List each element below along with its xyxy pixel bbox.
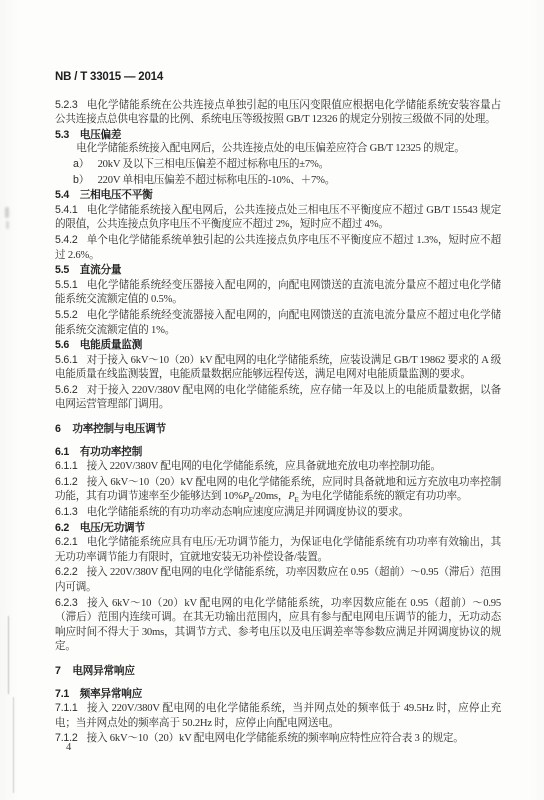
- section-heading-5-5: 5.5直流分量: [55, 263, 501, 278]
- clause-5-4-1: 5.4.1电化学储能系统接入配电网后，公共连接点处三相电压不平衡度应不超过 GB…: [55, 203, 501, 233]
- clause-5-4-2: 5.4.2单个电化学储能系统单独引起的公共连接点负序电压不平衡度应不超过 1.3…: [55, 233, 501, 263]
- clause-text: 电化学储能系统的有功功率动态响应速度应满足并网调度协议的要求。: [87, 507, 409, 518]
- clause-5-5-2: 5.5.2电化学储能系统经变流器接入配电网的，向配电网馈送的直流电流分量应不超过…: [55, 308, 501, 338]
- section-title: 直流分量: [80, 264, 122, 276]
- clause-text: 接入 220V/380V 配电网的电化学储能系统，当并网点处的频率低于 49.5…: [55, 703, 501, 729]
- section-number: 7.1: [55, 688, 69, 700]
- clause-6-2-1: 6.2.1电化学储能系统应具有电压/无功调节能力，为保证电化学储能系统有功功率有…: [55, 535, 501, 565]
- scan-line-artifact: [13, 697, 14, 793]
- clause-number: 5.2.3: [55, 99, 78, 111]
- clause-text: 电化学储能系统接入配电网后，公共连接点处三相电压不平衡度应不超过 GB/T 15…: [55, 205, 501, 231]
- clause-text: 单个电化学储能系统单独引起的公共连接点负序电压不平衡度应不超过 1.3%，短时应…: [55, 235, 501, 261]
- section-number: 5.6: [55, 339, 69, 351]
- clause-6-1-1: 6.1.1接入 220V/380V 配电网的电化学储能系统，应具备就地充放电功率…: [55, 459, 501, 475]
- clause-text: 电化学储能系统应具有电压/无功调节能力，为保证电化学储能系统有功功率有效输出，其…: [55, 537, 501, 563]
- clause-text: 为电化学储能系统的额定有功功率。: [299, 491, 468, 502]
- chapter-heading-7: 7电网异常响应: [55, 664, 501, 679]
- list-item-b: b）220V 单相电压偏差不超过标称电压的-10%、＋7%。: [55, 173, 501, 189]
- list-marker: a）: [73, 158, 89, 170]
- section-number: 5.4: [55, 189, 69, 201]
- section-title: 电能质量监测: [80, 339, 142, 351]
- clause-number: 6.2.2: [55, 566, 78, 578]
- clause-7-1-1: 7.1.1接入 220V/380V 配电网的电化学储能系统，当并网点处的频率低于…: [55, 701, 501, 731]
- clause-text: 接入 220V/380V 配电网的电化学储能系统，应具备就地充放电功率控制功能。: [87, 461, 441, 472]
- clause-number: 5.6.2: [55, 384, 78, 396]
- clause-text: 对于接入 6kV～10（20）kV 配电网的电化学储能系统，应装设满足 GB/T…: [55, 355, 501, 381]
- clause-5-6-1: 5.6.1对于接入 6kV～10（20）kV 配电网的电化学储能系统，应装设满足…: [55, 353, 501, 383]
- clause-text: 电化学储能系统接入配电网后，公共连接点处的电压偏差应符合 GB/T 12325 …: [76, 143, 465, 154]
- clause-text: 电化学储能系统经变压器接入配电网的，向配电网馈送的直流电流分量应不超过电化学储能…: [55, 280, 501, 306]
- clause-number: 6.2.3: [55, 597, 78, 609]
- section-title: 有功功率控制: [80, 446, 142, 458]
- scan-line-artifact: [8, 616, 9, 694]
- clause-5-5-1: 5.5.1电化学储能系统经变压器接入配电网的，向配电网馈送的直流电流分量应不超过…: [55, 278, 501, 308]
- document-body: NB / T 33015 — 2014 5.2.3电化学储能系统在公共连接点单独…: [55, 70, 501, 747]
- scan-smudge-artifact: [6, 221, 9, 229]
- clause-text: /20ms，: [253, 491, 288, 502]
- clause-6-1-3: 6.1.3电化学储能系统的有功功率动态响应速度应满足并网调度协议的要求。: [55, 505, 501, 521]
- section-heading-5-3: 5.3电压偏差: [55, 128, 501, 143]
- section-number: 6.1: [55, 446, 69, 458]
- clause-number: 5.6.1: [55, 354, 78, 366]
- clause-number: 5.4.2: [55, 234, 78, 246]
- section-title: 电压偏差: [80, 129, 122, 141]
- section-heading-6-1: 6.1有功功率控制: [55, 445, 501, 460]
- section-heading-5-4: 5.4三相电压不平衡: [55, 188, 501, 203]
- clause-number: 6.1.2: [55, 476, 78, 488]
- section-number: 5.3: [55, 129, 69, 141]
- clause-number: 5.5.1: [55, 279, 78, 291]
- page-number: 4: [66, 742, 71, 753]
- list-item-a: a）20kV 及以下三相电压偏差不超过标称电压的±7%。: [55, 157, 501, 173]
- clause-number: 6.1.3: [55, 506, 78, 518]
- list-text: 20kV 及以下三相电压偏差不超过标称电压的±7%。: [98, 159, 329, 170]
- clause-6-2-3: 6.2.3接入 6kV～10（20）kV 配电网的电化学储能系统，功率因数应能在…: [55, 596, 501, 655]
- clause-5-2-3: 5.2.3电化学储能系统在公共连接点单独引起的电压闪变限值应根据电化学储能系统安…: [55, 98, 501, 128]
- clause-text: 接入 6kV～10（20）kV 配电网的电化学储能系统，功率因数应能在 0.95…: [55, 598, 501, 653]
- section-heading-7-1: 7.1频率异常响应: [55, 687, 501, 702]
- clause-number: 5.5.2: [55, 309, 78, 321]
- section-title: 频率异常响应: [80, 688, 142, 700]
- chapter-heading-6: 6功率控制与电压调节: [55, 422, 501, 437]
- paragraph-5-3: 电化学储能系统接入配电网后，公共连接点处的电压偏差应符合 GB/T 12325 …: [55, 142, 501, 157]
- clause-text: 接入 6kV～10（20）kV 配电网电化学储能系统的频率响应特性应符合表 3 …: [87, 733, 464, 744]
- chapter-title: 功率控制与电压调节: [72, 423, 166, 435]
- section-title: 电压/无功调节: [80, 522, 145, 534]
- chapter-number: 7: [55, 665, 61, 677]
- section-number: 6.2: [55, 522, 69, 534]
- clause-number: 6.1.1: [55, 460, 78, 472]
- chapter-number: 6: [55, 423, 61, 435]
- section-heading-6-2: 6.2电压/无功调节: [55, 521, 501, 536]
- clause-5-6-2: 5.6.2对于接入 220V/380V 配电网的电化学储能系统，应存储一年及以上…: [55, 383, 501, 413]
- section-title: 三相电压不平衡: [80, 189, 153, 201]
- clause-text: 电化学储能系统经变流器接入配电网的，向配电网馈送的直流电流分量应不超过电化学储能…: [55, 310, 501, 336]
- list-text: 220V 单相电压偏差不超过标称电压的-10%、＋7%。: [98, 175, 336, 186]
- document-code-header: NB / T 33015 — 2014: [55, 70, 501, 85]
- clause-6-2-2: 6.2.2接入 220V/380V 配电网的电化学储能系统，功率因数应在 0.9…: [55, 565, 501, 595]
- clause-number: 6.2.1: [55, 536, 78, 548]
- chapter-title: 电网异常响应: [72, 665, 134, 677]
- clause-text: 接入 220V/380V 配电网的电化学储能系统，功率因数应在 0.95（超前）…: [55, 567, 501, 593]
- clause-text: 电化学储能系统在公共连接点单独引起的电压闪变限值应根据电化学储能系统安装容量占公…: [55, 100, 501, 126]
- clause-7-1-2: 7.1.2接入 6kV～10（20）kV 配电网电化学储能系统的频率响应特性应符…: [55, 731, 501, 747]
- scan-smudge-artifact: [5, 207, 9, 218]
- section-heading-5-6: 5.6电能质量监测: [55, 338, 501, 353]
- list-marker: b）: [73, 174, 89, 186]
- scanned-document-page: NB / T 33015 — 2014 5.2.3电化学储能系统在公共连接点单独…: [0, 0, 544, 800]
- clause-number: 5.4.1: [55, 204, 78, 216]
- clause-6-1-2: 6.1.2接入 6kV～10（20）kV 配电网的电化学储能系统，应同时具备就地…: [55, 475, 501, 505]
- section-number: 5.5: [55, 264, 69, 276]
- clause-text: 对于接入 220V/380V 配电网的电化学储能系统，应存储一年及以上的电能质量…: [55, 385, 501, 411]
- clause-number: 7.1.1: [55, 702, 78, 714]
